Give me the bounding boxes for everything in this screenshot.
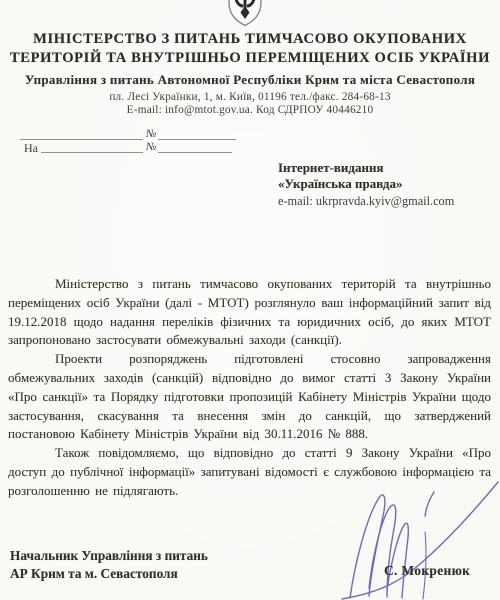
recipient-email: e-mail: ukrpravda.kyiv@gmail.com [278,194,488,209]
signer-title: Начальник Управління з питань АР Крим та… [10,547,208,583]
scanned-letter-page: МІНІСТЕРСТВО З ПИТАНЬ ТИМЧАСОВО ОКУПОВАН… [0,0,500,600]
ministry-name-line2: ТЕРИТОРІЙ ТА ВНУТРІШНЬО ПЕРЕМІЩЕНИХ ОСІБ… [0,49,500,68]
letter-body: Міністерство з питань тимчасово окупован… [8,275,491,501]
reply-number-blank [158,152,232,153]
signer-title-line2: АР Крим та м. Севастополя [10,565,208,583]
recipient-type: Інтернет-видання [278,160,488,176]
recipient-block: Інтернет-видання «Українська правда» e-m… [278,160,488,209]
outgoing-date-blank [20,139,143,140]
signer-title-line1: Начальник Управління з питань [10,547,208,565]
reply-to-label: На [24,141,38,156]
ministry-name-line1: МІНІСТЕРСТВО З ПИТАНЬ ТИМЧАСОВО ОКУПОВАН… [0,30,500,49]
ministry-name: МІНІСТЕРСТВО З ПИТАНЬ ТИМЧАСОВО ОКУПОВАН… [0,30,500,67]
outgoing-number-blank [158,139,236,140]
contact-line: E-mail: info@mtot.gov.ua. Код СДРПОУ 404… [0,104,500,116]
department-name: Управління з питань Автономної Республік… [0,72,500,88]
handwritten-signature-icon [328,476,500,600]
body-paragraph-2: Проекти розпоряджень підготовлені стосов… [8,350,491,444]
reply-number-sign: № [146,141,156,153]
outgoing-number-sign: № [146,128,156,140]
body-paragraph-1: Міністерство з питань тимчасово окупован… [8,275,491,350]
address-line: пл. Лесі Українки, 1, м. Київ, 01196 тел… [0,91,500,103]
reply-date-blank [41,152,143,153]
signer-name: С. Мокренюк [384,563,470,579]
ukraine-trident-icon [225,0,265,28]
recipient-name: «Українська правда» [278,176,488,192]
